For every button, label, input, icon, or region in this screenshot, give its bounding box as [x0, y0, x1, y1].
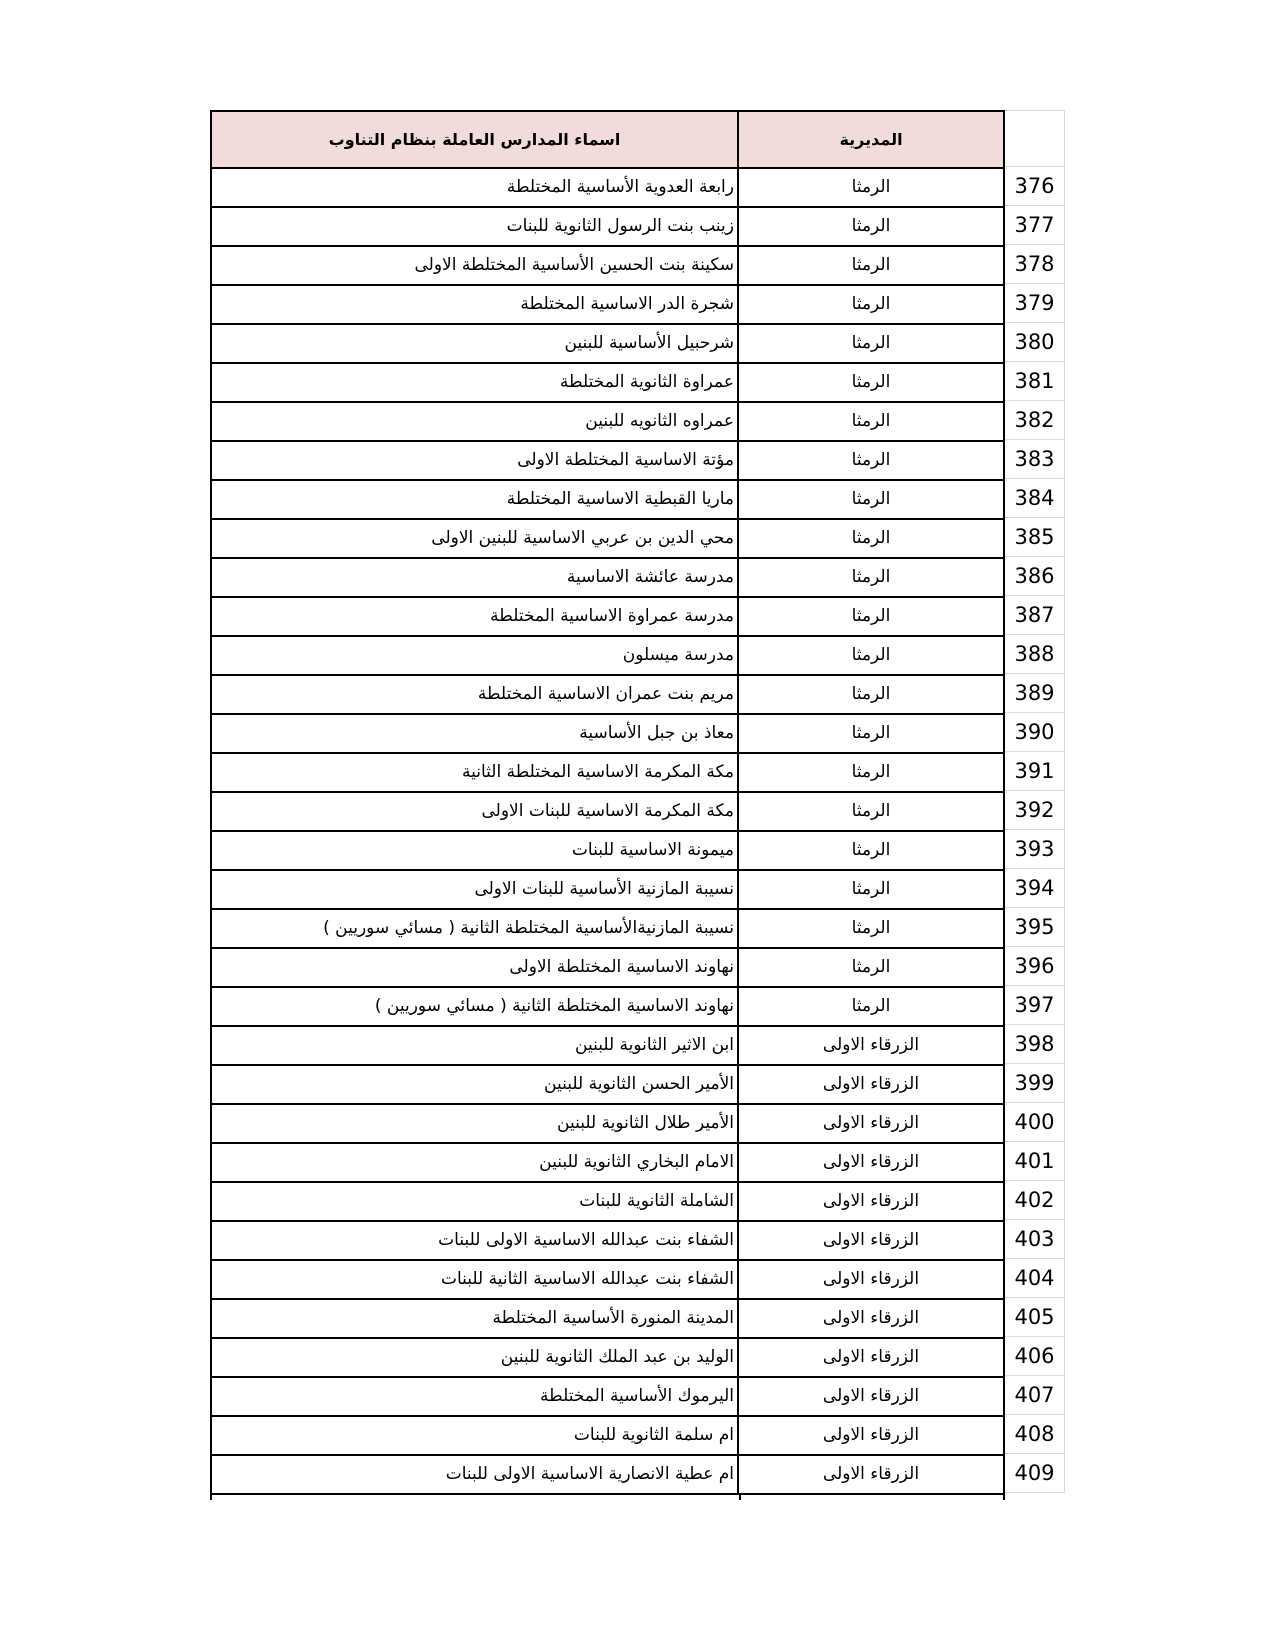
school-name-cell: رابعة العدوية الأساسية المختلطة: [212, 169, 739, 206]
table-row: الشفاء بنت عبدالله الاساسية الاولى للبنا…: [212, 1220, 1003, 1259]
school-name-cell: الامام البخاري الثانوية للبنين: [212, 1144, 739, 1181]
row-number: 404: [1005, 1259, 1064, 1298]
row-number: 408: [1005, 1415, 1064, 1454]
directorate-cell: الرمثا: [739, 715, 1003, 752]
school-name-cell: عمراوة الثانوية المختلطة: [212, 364, 739, 401]
table-row: نسيبة المازنيةالأساسية المختلطة الثانية …: [212, 908, 1003, 947]
table-row: مكة المكرمة الاساسية للبنات الاولى الرمث…: [212, 791, 1003, 830]
directorate-cell: الرمثا: [739, 169, 1003, 206]
table-row: ام سلمة الثانوية للبنات الزرقاء الاولى: [212, 1415, 1003, 1454]
row-number: 391: [1005, 752, 1064, 791]
row-number: 386: [1005, 557, 1064, 596]
directorate-cell: الرمثا: [739, 247, 1003, 284]
table-row: الأمير طلال الثانوية للبنين الزرقاء الاو…: [212, 1103, 1003, 1142]
table-row: محي الدين بن عربي الاساسية للبنين الاولى…: [212, 518, 1003, 557]
table-row: رابعة العدوية الأساسية المختلطة الرمثا: [212, 167, 1003, 206]
table-row: شجرة الدر الاساسية المختلطة الرمثا: [212, 284, 1003, 323]
directorate-cell: الرمثا: [739, 364, 1003, 401]
directorate-cell: الزرقاء الاولى: [739, 1027, 1003, 1064]
table-row: الشاملة الثانوية للبنات الزرقاء الاولى: [212, 1181, 1003, 1220]
row-number-header-spacer: [1005, 111, 1064, 167]
directorate-cell: الرمثا: [739, 208, 1003, 245]
directorate-cell: الرمثا: [739, 481, 1003, 518]
schools-table-body: رابعة العدوية الأساسية المختلطة الرمثا ز…: [212, 167, 1003, 1493]
table-row: الشفاء بنت عبدالله الاساسية الثانية للبن…: [212, 1259, 1003, 1298]
directorate-cell: الرمثا: [739, 325, 1003, 362]
table-row: الوليد بن عبد الملك الثانوية للبنين الزر…: [212, 1337, 1003, 1376]
table-row: مؤتة الاساسية المختلطة الاولى الرمثا: [212, 440, 1003, 479]
directorate-cell: الزرقاء الاولى: [739, 1378, 1003, 1415]
school-name-cell: الوليد بن عبد الملك الثانوية للبنين: [212, 1339, 739, 1376]
school-name-cell: مريم بنت عمران الاساسية المختلطة: [212, 676, 739, 713]
row-number: 377: [1005, 206, 1064, 245]
table-row: معاذ بن جبل الأساسية الرمثا: [212, 713, 1003, 752]
table-row: المدينة المنورة الأساسية المختلطة الزرقا…: [212, 1298, 1003, 1337]
row-number: 384: [1005, 479, 1064, 518]
school-name-cell: ام عطية الانصارية الاساسية الاولى للبنات: [212, 1456, 739, 1493]
school-name-cell: نهاوند الاساسية المختلطة الثانية ( مسائي…: [212, 988, 739, 1025]
row-number: 406: [1005, 1337, 1064, 1376]
directorate-cell: الزرقاء الاولى: [739, 1105, 1003, 1142]
directorate-cell: الزرقاء الاولى: [739, 1456, 1003, 1493]
directorate-cell: الرمثا: [739, 442, 1003, 479]
directorate-cell: الزرقاء الاولى: [739, 1300, 1003, 1337]
directorate-cell: الرمثا: [739, 520, 1003, 557]
table-row: ميمونة الاساسية للبنات الرمثا: [212, 830, 1003, 869]
table-row: اليرموك الأساسية المختلطة الزرقاء الاولى: [212, 1376, 1003, 1415]
row-number: 376: [1005, 167, 1064, 206]
row-number: 401: [1005, 1142, 1064, 1181]
school-name-cell: مكة المكرمة الاساسية للبنات الاولى: [212, 793, 739, 830]
row-number: 381: [1005, 362, 1064, 401]
row-number: 385: [1005, 518, 1064, 557]
school-name-cell: معاذ بن جبل الأساسية: [212, 715, 739, 752]
directorate-cell: الزرقاء الاولى: [739, 1222, 1003, 1259]
school-name-cell: الشفاء بنت عبدالله الاساسية الاولى للبنا…: [212, 1222, 739, 1259]
school-name-cell: نسيبة المازنية الأساسية للبنات الاولى: [212, 871, 739, 908]
directorate-cell: الرمثا: [739, 871, 1003, 908]
school-name-cell: مدرسة عمراوة الاساسية المختلطة: [212, 598, 739, 635]
school-name-cell: شرحبيل الأساسية للبنين: [212, 325, 739, 362]
table-row: نهاوند الاساسية المختلطة الاولى الرمثا: [212, 947, 1003, 986]
row-number: 403: [1005, 1220, 1064, 1259]
table-row: مدرسة عمراوة الاساسية المختلطة الرمثا: [212, 596, 1003, 635]
row-number: 388: [1005, 635, 1064, 674]
school-name-cell: زينب بنت الرسول الثانوية للبنات: [212, 208, 739, 245]
row-number: 399: [1005, 1064, 1064, 1103]
directorate-cell: الزرقاء الاولى: [739, 1144, 1003, 1181]
school-name-cell: سكينة بنت الحسين الأساسية المختلطة الاول…: [212, 247, 739, 284]
column-divider: [739, 1495, 741, 1500]
row-number: 389: [1005, 674, 1064, 713]
school-name-cell: ميمونة الاساسية للبنات: [212, 832, 739, 869]
row-number: 383: [1005, 440, 1064, 479]
row-number: 382: [1005, 401, 1064, 440]
directorate-cell: الرمثا: [739, 988, 1003, 1025]
school-name-cell: شجرة الدر الاساسية المختلطة: [212, 286, 739, 323]
school-name-cell: الأمير طلال الثانوية للبنين: [212, 1105, 739, 1142]
document-page: اسماء المدارس العاملة بنظام التناوب المد…: [0, 0, 1275, 1650]
directorate-cell: الرمثا: [739, 403, 1003, 440]
header-directorate: المديرية: [739, 112, 1003, 167]
table-row: الأمير الحسن الثانوية للبنين الزرقاء الا…: [212, 1064, 1003, 1103]
school-name-cell: نسيبة المازنيةالأساسية المختلطة الثانية …: [212, 910, 739, 947]
directorate-cell: الرمثا: [739, 637, 1003, 674]
row-number: 409: [1005, 1454, 1064, 1493]
row-number: 394: [1005, 869, 1064, 908]
directorate-cell: الرمثا: [739, 598, 1003, 635]
table-row: ابن الاثير الثانوية للبنين الزرقاء الاول…: [212, 1025, 1003, 1064]
table-row: شرحبيل الأساسية للبنين الرمثا: [212, 323, 1003, 362]
school-name-cell: نهاوند الاساسية المختلطة الاولى: [212, 949, 739, 986]
school-name-cell: الشاملة الثانوية للبنات: [212, 1183, 739, 1220]
school-name-cell: الشفاء بنت عبدالله الاساسية الثانية للبن…: [212, 1261, 739, 1298]
table-row: مكة المكرمة الاساسية المختلطة الثانية ال…: [212, 752, 1003, 791]
directorate-cell: الرمثا: [739, 910, 1003, 947]
school-name-cell: اليرموك الأساسية المختلطة: [212, 1378, 739, 1415]
table-row: مدرسة ميسلون الرمثا: [212, 635, 1003, 674]
school-name-cell: عمراوه الثانويه للبنين: [212, 403, 739, 440]
school-name-cell: الأمير الحسن الثانوية للبنين: [212, 1066, 739, 1103]
row-numbers-column: 376 377 378 379 380 381 382 383 384 385 …: [1005, 110, 1065, 1493]
directorate-cell: الرمثا: [739, 676, 1003, 713]
school-name-cell: ام سلمة الثانوية للبنات: [212, 1417, 739, 1454]
row-number: 405: [1005, 1298, 1064, 1337]
school-name-cell: مدرسة ميسلون: [212, 637, 739, 674]
directorate-cell: الزرقاء الاولى: [739, 1261, 1003, 1298]
directorate-cell: الرمثا: [739, 754, 1003, 791]
school-name-cell: مؤتة الاساسية المختلطة الاولى: [212, 442, 739, 479]
directorate-cell: الرمثا: [739, 949, 1003, 986]
table-row: نهاوند الاساسية المختلطة الثانية ( مسائي…: [212, 986, 1003, 1025]
header-school-names: اسماء المدارس العاملة بنظام التناوب: [212, 112, 739, 167]
table-row: زينب بنت الرسول الثانوية للبنات الرمثا: [212, 206, 1003, 245]
table-row: مريم بنت عمران الاساسية المختلطة الرمثا: [212, 674, 1003, 713]
row-number: 398: [1005, 1025, 1064, 1064]
table-row: ام عطية الانصارية الاساسية الاولى للبنات…: [212, 1454, 1003, 1493]
row-number: 380: [1005, 323, 1064, 362]
directorate-cell: الرمثا: [739, 559, 1003, 596]
directorate-cell: الزرقاء الاولى: [739, 1417, 1003, 1454]
row-number: 397: [1005, 986, 1064, 1025]
next-row-cutoff-sliver: [210, 1495, 1005, 1500]
school-name-cell: ماريا القبطية الاساسية المختلطة: [212, 481, 739, 518]
directorate-cell: الزرقاء الاولى: [739, 1066, 1003, 1103]
row-number: 392: [1005, 791, 1064, 830]
table-row: مدرسة عائشة الاساسية الرمثا: [212, 557, 1003, 596]
directorate-cell: الزرقاء الاولى: [739, 1339, 1003, 1376]
directorate-cell: الرمثا: [739, 832, 1003, 869]
directorate-cell: الرمثا: [739, 286, 1003, 323]
row-number: 400: [1005, 1103, 1064, 1142]
row-number: 402: [1005, 1181, 1064, 1220]
school-name-cell: محي الدين بن عربي الاساسية للبنين الاولى: [212, 520, 739, 557]
row-number: 378: [1005, 245, 1064, 284]
table-row: ماريا القبطية الاساسية المختلطة الرمثا: [212, 479, 1003, 518]
table-row: عمراوه الثانويه للبنين الرمثا: [212, 401, 1003, 440]
table-row: نسيبة المازنية الأساسية للبنات الاولى ال…: [212, 869, 1003, 908]
table-row: الامام البخاري الثانوية للبنين الزرقاء ا…: [212, 1142, 1003, 1181]
table-row: عمراوة الثانوية المختلطة الرمثا: [212, 362, 1003, 401]
table-row: سكينة بنت الحسين الأساسية المختلطة الاول…: [212, 245, 1003, 284]
schools-table: اسماء المدارس العاملة بنظام التناوب المد…: [210, 110, 1005, 1495]
row-number: 393: [1005, 830, 1064, 869]
row-number: 396: [1005, 947, 1064, 986]
row-number: 390: [1005, 713, 1064, 752]
school-name-cell: مدرسة عائشة الاساسية: [212, 559, 739, 596]
directorate-cell: الزرقاء الاولى: [739, 1183, 1003, 1220]
row-number: 395: [1005, 908, 1064, 947]
directorate-cell: الرمثا: [739, 793, 1003, 830]
row-number: 407: [1005, 1376, 1064, 1415]
school-name-cell: مكة المكرمة الاساسية المختلطة الثانية: [212, 754, 739, 791]
row-number: 379: [1005, 284, 1064, 323]
table-header-row: اسماء المدارس العاملة بنظام التناوب المد…: [212, 112, 1003, 167]
school-name-cell: ابن الاثير الثانوية للبنين: [212, 1027, 739, 1064]
row-number: 387: [1005, 596, 1064, 635]
school-name-cell: المدينة المنورة الأساسية المختلطة: [212, 1300, 739, 1337]
